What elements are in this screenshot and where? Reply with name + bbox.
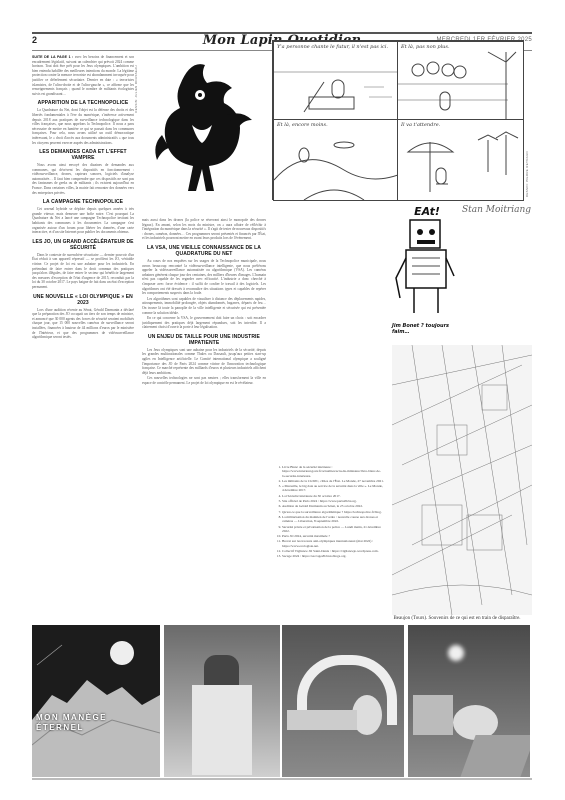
section-text: Nous avons ainsi envoyé des dizaines de … (32, 163, 134, 195)
section-heading: Apparition de la Technopolice (32, 100, 134, 106)
footnote-item: Collectif Vigilance JO Saint-Denis : htt… (282, 549, 384, 553)
footnote-item: Site officiel de Paris 2024 : https://ww… (282, 499, 384, 503)
newspaper-page: 2 Mon Lapin Quotidien MERCREDI 1ER FÉVRI… (32, 0, 532, 800)
swirl-title: Stan Moitriang (462, 205, 532, 215)
intro-text: mais aussi dans les drones (la police se… (142, 218, 266, 241)
footnote-item: Les militants de la CGSPC, cibles de l'É… (282, 479, 384, 483)
hills-scene-icon (274, 120, 398, 200)
robot-handwritten-caption: Jim Bonet ? toujours faim… (392, 323, 462, 335)
section-text: Cet arsenal hybride se déploie depuis qu… (32, 207, 134, 235)
poster-title: Mon Manège Éternel (36, 713, 136, 733)
footnote-item: Paris JO 2024, sécurité maximale ? (282, 534, 384, 538)
illustration-credit: DESSIN: JULIEN ROUSSEAU (134, 65, 138, 113)
parasol-scene-icon (398, 120, 523, 200)
section-text: Au cours de nos enquêtes sur les usages … (142, 259, 266, 296)
section-text: Les Jeux olympiques sont une aubaine pou… (142, 348, 266, 376)
rooster-illustration: DESSIN: JULIEN ROUSSEAU (142, 55, 267, 215)
mountain-poster-icon (32, 625, 160, 777)
bottom-rule (32, 778, 532, 780)
footnote-item: Audition de Gérald Darmanin au Sénat, le… (282, 504, 384, 508)
footnote-item: Qu'est-ce que la surveillance algorithmi… (282, 510, 384, 514)
section-heading: La VSA, une vieille connaissance de La Q… (142, 245, 266, 257)
comic-strip: Y'a personne chante le futur, il n'est p… (272, 40, 524, 200)
footnote-item: « Marsaille, le big data au service de l… (282, 484, 384, 493)
ticket-booth-photo (164, 625, 280, 777)
section-heading: Les demandes Cada et l'effet vampire (32, 149, 134, 161)
intro-text: avec les besoins de financement et son e… (32, 55, 134, 96)
train-ride-photo (408, 625, 530, 777)
boat-scene-icon (274, 42, 398, 120)
comic-panel: Il va t'attendre. (397, 119, 524, 201)
poster-photo: Mon Manège Éternel (32, 625, 160, 777)
footnote-item: Sécurité privée et privatisation de la p… (282, 525, 384, 534)
comic-panel: Y'a personne chante le futur, il n'est p… (273, 41, 399, 121)
comic-caption: Et là, pas non plus. (401, 44, 450, 50)
footnote-item: Sacage 2024 : https://saccage2024.noblog… (282, 554, 384, 558)
booth-shape (192, 685, 252, 775)
comic-credit: DESSIN: PIERRE REYNAUD (525, 151, 529, 197)
section-heading: Un enjeu de taille pour une industrie im… (142, 334, 266, 346)
snowman-ride-photo (282, 625, 404, 777)
footnote-item: Brevet sur les traceurs anti-olympiques … (282, 539, 384, 548)
wreckage-drawing (392, 345, 532, 615)
rooster-drawing-icon (142, 55, 267, 215)
footnote-item: Loi Sécurité intérieure du 30 octobre 20… (282, 494, 384, 498)
comic-panel: Et là, encore moins. (273, 119, 399, 201)
section-text: La Quadrature du Net, dont l'objet est l… (32, 108, 134, 145)
trees-scene-icon (398, 42, 523, 120)
robot-slogan: EAt! (392, 205, 462, 218)
section-heading: La campagne Technopolice (32, 199, 134, 205)
article-column-1: SUITE DE LA PAGE 1 : avec les besoins de… (32, 55, 134, 623)
section-text: Lors d'une audition récente au Sénat, Gé… (32, 308, 134, 340)
comic-caption: Y'a personne chante le futur, il n'est p… (277, 44, 388, 50)
wreckage-sketch-icon (392, 345, 532, 615)
comic-caption: Il va t'attendre. (401, 122, 440, 128)
section-heading: Une nouvelle « loi olympique » en 2023 (32, 294, 134, 306)
wreckage-caption: Beaujon (Tours). Souvenirs de ce qui est… (377, 616, 537, 621)
continuation-kicker: SUITE DE LA PAGE 1 : (32, 55, 73, 59)
comic-panel: Et là, pas non plus. (397, 41, 524, 121)
robot-illustration: EAt! Jim Bonet ? toujours faim… (392, 205, 462, 345)
footnote-item: La militarisation du maintien de l'ordre… (282, 515, 384, 524)
section-heading: Les JO, un grand accélérateur de sécurit… (32, 239, 134, 251)
section-text: Dans le contexte de surenchère sécuritai… (32, 253, 134, 290)
booth-window (204, 655, 239, 685)
robot-drawing-icon (392, 218, 462, 318)
comic-caption: Et là, encore moins. (277, 122, 328, 128)
footnote-item: Livre Blanc de la sécurité intérieure : … (282, 465, 384, 478)
footnotes: Livre Blanc de la sécurité intérieure : … (274, 465, 384, 625)
